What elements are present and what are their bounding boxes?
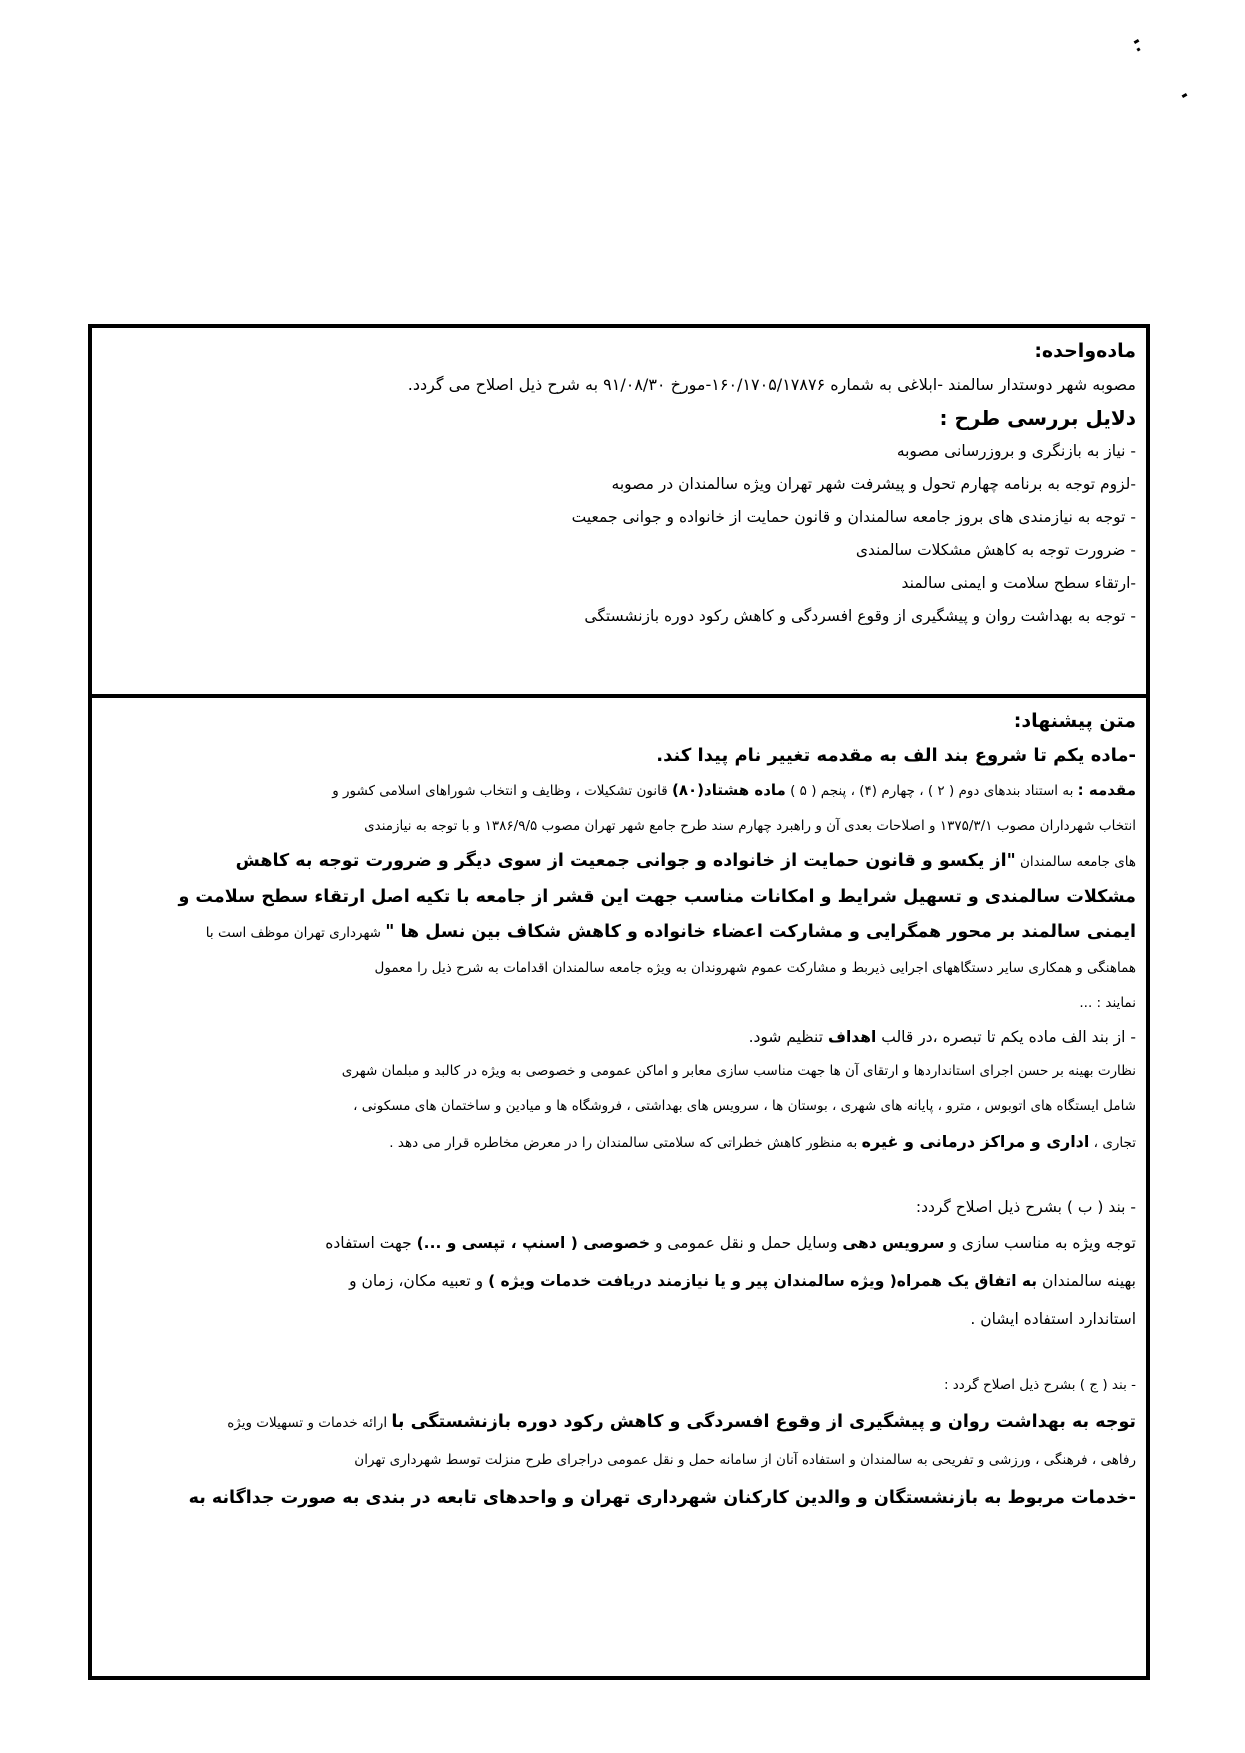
clause-be-heading: - بند ( ب ) بشرح ذیل اصلاح گردد:	[102, 1191, 1136, 1224]
reason-item: - نیاز به بازنگری و بروزرسانی مصوبه	[102, 435, 1136, 468]
reason-item: - ضرورت توجه به کاهش مشکلات سالمندی	[102, 534, 1136, 567]
clause-bold: توجه به بهداشت روان و پیشگیری از وقوع اف…	[391, 1412, 1136, 1432]
preamble-line: ایمنی سالمند بر محور همگرایی و مشارکت اع…	[102, 915, 1136, 951]
preamble-text: شهرداری تهران موظف است با	[206, 925, 386, 941]
reason-item: -ارتقاء سطح سلامت و ایمنی سالمند	[102, 567, 1136, 600]
clause-text: جهت استفاده	[325, 1234, 416, 1252]
clause-alef-line: تجاری ، اداری و مراکز درمانی و غیره به م…	[102, 1124, 1136, 1161]
clause-text: وسایل حمل و نقل عمومی و	[650, 1234, 842, 1252]
spacer	[102, 1161, 1136, 1191]
intro-paragraph: مصوبه شهر دوستدار سالمند -ابلاغی به شمار…	[102, 368, 1136, 401]
preamble-bold: ایمنی سالمند بر محور همگرایی و مشارکت اع…	[385, 922, 1136, 942]
clause-bold: اداری و مراکز درمانی و غیره	[862, 1132, 1090, 1151]
clause-alef-line: شامل ایستگاه های اتوبوس ، مترو ، پایانه …	[102, 1089, 1136, 1124]
reason-item: -لزوم توجه به برنامه چهارم تحول و پیشرفت…	[102, 468, 1136, 501]
clause-bold: اهداف	[828, 1028, 876, 1046]
preamble-line: مقدمه : به استناد بندهای دوم ( ۲ ) ، چها…	[102, 773, 1136, 809]
preamble-line: انتخاب شهرداران مصوب ۱۳۷۵/۳/۱ و اصلاحات …	[102, 809, 1136, 844]
reason-item: - توجه به بهداشت روان و پیشگیری از وقوع …	[102, 600, 1136, 633]
clause-text: توجه ویژه به مناسب سازی و	[944, 1234, 1136, 1252]
preamble-text: قانون تشکیلات ، وظایف و انتخاب شوراهای ا…	[332, 783, 672, 799]
scan-mark	[1136, 47, 1140, 51]
section-title: ماده‌واحده:	[102, 334, 1136, 368]
clause-jim-heading: - بند ( ج ) بشرح ذیل اصلاح گردد :	[102, 1368, 1136, 1403]
proposal-section: متن پیشنهاد: -ماده یکم تا شروع بند الف ب…	[92, 698, 1146, 1518]
preamble-bold: ماده هشتاد(۸۰)	[672, 781, 786, 799]
clause-bold: به اتفاق یک همراه( ویژه سالمندان پیر و ی…	[488, 1272, 1037, 1290]
clause-text: ارائه خدمات و تسهیلات ویژه	[227, 1415, 391, 1431]
scan-mark	[1134, 39, 1140, 44]
clause-text: به منظور کاهش خطراتی که سلامتی سالمندان …	[389, 1135, 861, 1151]
clause-alef-heading: - از بند الف ماده یکم تا تبصره ،در قالب …	[102, 1021, 1136, 1054]
reason-item: - توجه به نیازمندی های بروز جامعه سالمند…	[102, 501, 1136, 534]
clause-jim-line: رفاهی ، فرهنگی ، ورزشی و تفریحی به سالمن…	[102, 1443, 1136, 1478]
preamble-line: های جامعه سالمندان "از یکسو و قانون حمای…	[102, 844, 1136, 880]
clause-bold: سرویس دهی	[842, 1234, 944, 1252]
preamble-bold: "از یکسو و قانون حمایت از خانواده و جوان…	[236, 851, 1016, 871]
preamble-text: به استناد بندهای دوم ( ۲ ) ، چهارم (۴) ،…	[786, 783, 1078, 799]
reasons-title: دلایل بررسی طرح :	[102, 401, 1136, 435]
clause-text: بهینه سالمندان	[1037, 1272, 1136, 1290]
clause-text: - از بند الف ماده یکم تا تبصره ،در قالب	[876, 1028, 1136, 1046]
spacer	[102, 1338, 1136, 1368]
preamble-line: نمایند : ...	[102, 986, 1136, 1021]
proposal-title: متن پیشنهاد:	[102, 704, 1136, 738]
preamble-text: های جامعه سالمندان	[1016, 854, 1136, 870]
preamble-line: مشکلات سالمندی و تسهیل شرایط و امکانات م…	[102, 880, 1136, 915]
article-one-rename: -ماده یکم تا شروع بند الف به مقدمه تغییر…	[102, 738, 1136, 773]
clause-jim-line: توجه به بهداشت روان و پیشگیری از وقوع اف…	[102, 1403, 1136, 1443]
clause-alef-line: نظارت بهینه بر حسن اجرای استانداردها و ا…	[102, 1054, 1136, 1089]
preamble-line: هماهنگی و همکاری سایر دستگاههای اجرایی ذ…	[102, 951, 1136, 986]
clause-bold: خصوصی ( اسنپ ، تپسی و ...)	[417, 1234, 650, 1252]
clause-text: تنظیم شود.	[749, 1028, 828, 1046]
single-article-section: ماده‌واحده: مصوبه شهر دوستدار سالمند -اب…	[92, 328, 1146, 698]
clause-be-line: بهینه سالمندان به اتفاق یک همراه( ویژه س…	[102, 1262, 1136, 1300]
clause-be-line: استاندارد استفاده ایشان .	[102, 1300, 1136, 1338]
preamble-label: مقدمه :	[1078, 781, 1136, 799]
clause-be-line: توجه ویژه به مناسب سازی و سرویس دهی وسای…	[102, 1224, 1136, 1262]
clause-jim-line: -خدمات مربوط به بازنشستگان و والدین کارک…	[102, 1478, 1136, 1518]
clause-text: و تعبیه مکان، زمان و	[349, 1272, 488, 1290]
scan-mark	[1182, 93, 1188, 98]
clause-text: تجاری ،	[1089, 1135, 1136, 1151]
document-frame: ماده‌واحده: مصوبه شهر دوستدار سالمند -اب…	[88, 324, 1150, 1680]
